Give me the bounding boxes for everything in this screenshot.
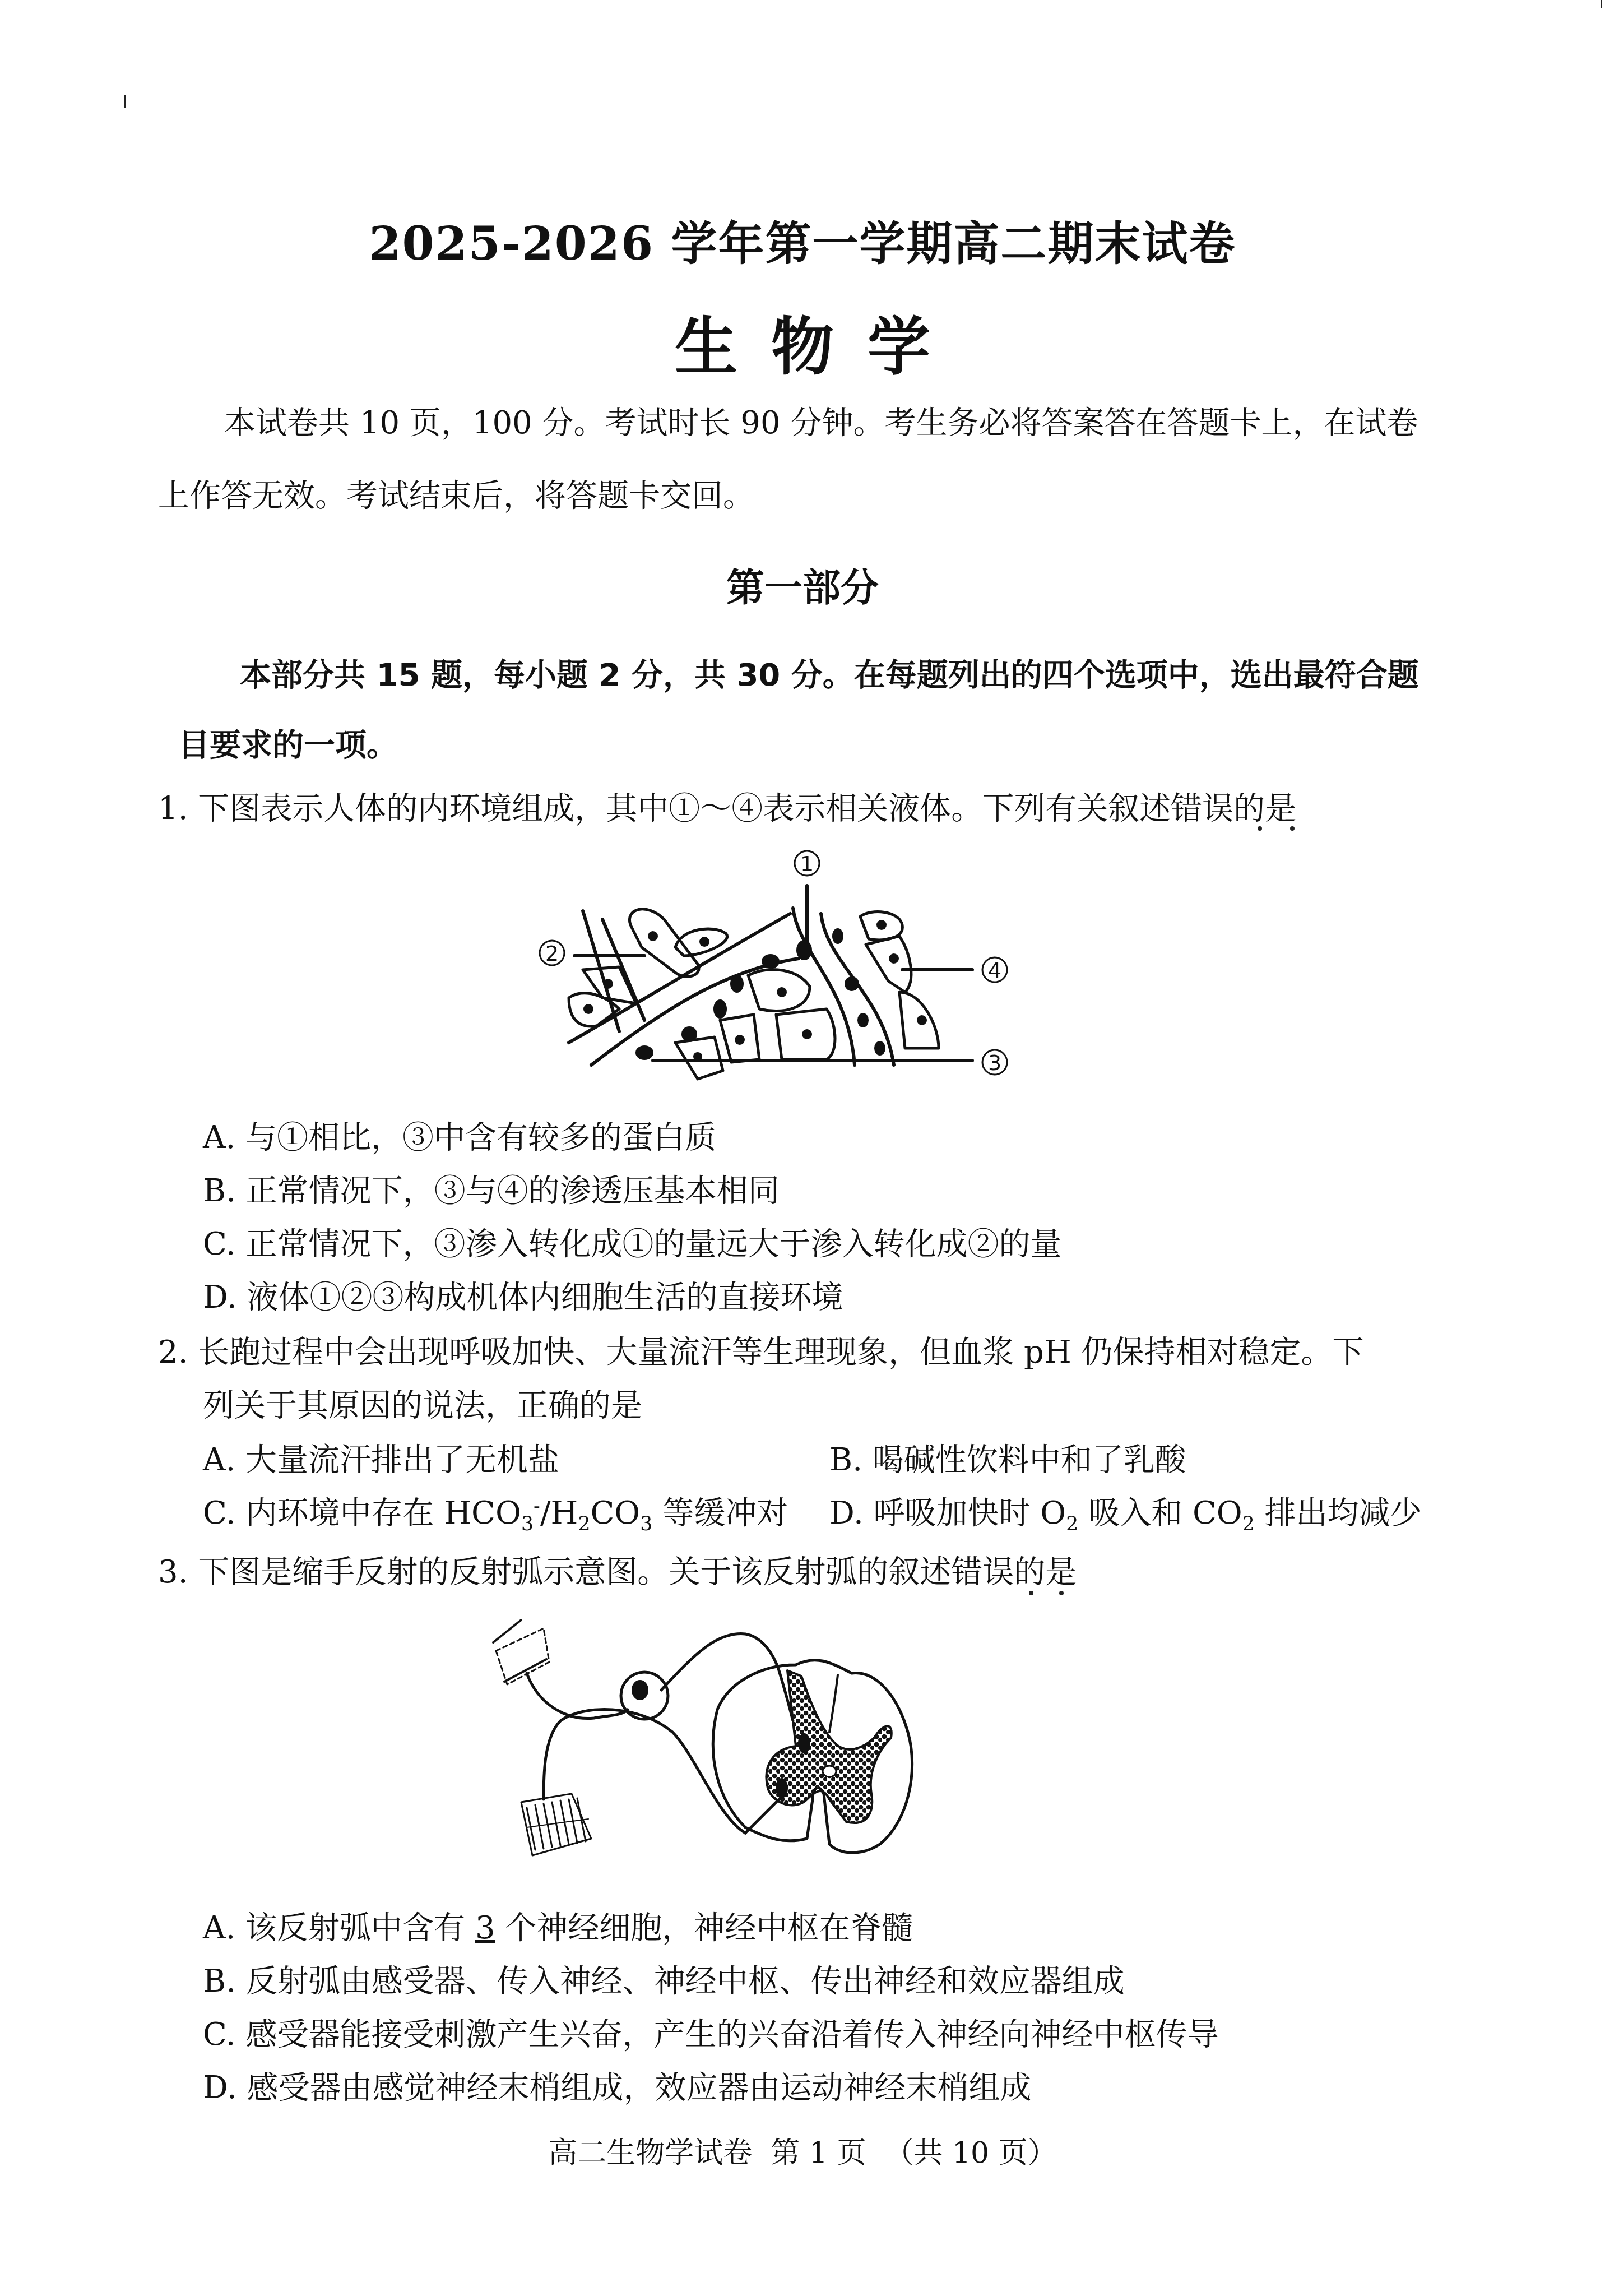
svg-text:1: 1 [800, 851, 814, 876]
option-text: 该反射弧中含有 3 个神经细胞，神经中枢在脊髓 [245, 1910, 913, 1946]
internal-environment-figure: 1 2 4 3 [535, 841, 1040, 1087]
option-letter: D. [829, 1495, 864, 1531]
option-text: 内环境中存在 HCO3-/H2CO3 等缓冲对 [245, 1495, 788, 1531]
option-text: 与①相比，③中含有较多的蛋白质 [245, 1119, 716, 1156]
option-text: 感受器由感觉神经末梢组成，效应器由运动神经末梢组成 [247, 2070, 1032, 2106]
page-footer: 高二生物学试卷 第 1 页 （共 10 页） [0, 2129, 1605, 2171]
svg-text:2: 2 [545, 941, 559, 966]
option-text: 呼吸加快时 O2 吸入和 CO2 排出均减少 [874, 1495, 1422, 1531]
option-d: D. 呼吸加快时 O2 吸入和 CO2 排出均减少 [829, 1488, 1422, 1535]
option-text: 喝碱性饮料中和了乳酸 [873, 1442, 1186, 1478]
emphasis-dot [1059, 1591, 1064, 1595]
option-text: 正常情况下，③与④的渗透压基本相同 [246, 1173, 780, 1209]
emphasis-dot [1029, 1591, 1033, 1595]
question-text: 长跑过程中会出现呼吸加快、大量流汗等生理现象，但血浆 pH 仍保持相对稳定。下 [198, 1334, 1363, 1371]
scan-mark [124, 95, 126, 108]
intro-line-2: 上作答无效。考试结束后，将答题卡交回。 [158, 476, 754, 516]
option-text: 大量流汗排出了无机盐 [245, 1442, 559, 1478]
question-text: 下图表示人体的内环境组成，其中①～④表示相关液体。下列有关叙述错误的是 [198, 790, 1296, 827]
option-letter: B. [203, 1963, 236, 1999]
underlined-number: 3 [475, 1910, 495, 1946]
option-b: B. 喝碱性饮料中和了乳酸 [829, 1435, 1186, 1480]
option-d: D. 感受器由感觉神经末梢组成，效应器由运动神经末梢组成 [203, 2063, 1032, 2108]
option-letter: D. [203, 2070, 237, 2106]
option-text: 正常情况下，③渗入转化成①的量远大于渗入转化成②的量 [245, 1226, 1061, 1262]
option-a: A. 大量流汗排出了无机盐 [203, 1435, 559, 1480]
option-text: 感受器能接受刺激产生兴奋，产生的兴奋沿着传入神经向神经中枢传导 [245, 2016, 1218, 2053]
section-desc-line-1: 本部分共 15 题，每小题 2 分，共 30 分。在每题列出的四个选项中，选出最… [240, 650, 1419, 695]
option-letter: C. [203, 1226, 236, 1262]
option-a: A. 与①相比，③中含有较多的蛋白质 [203, 1113, 716, 1158]
option-b: B. 正常情况下，③与④的渗透压基本相同 [203, 1166, 780, 1211]
reflex-arc-figure [482, 1609, 941, 1867]
emphasis-dot [1258, 826, 1262, 831]
option-text: 液体①②③构成机体内细胞生活的直接环境 [247, 1279, 843, 1316]
option-b: B. 反射弧由感受器、传入神经、神经中枢、传出神经和效应器组成 [203, 1956, 1125, 2001]
option-letter: A. [203, 1119, 235, 1156]
intro-line-1: 本试卷共 10 页，100 分。考试时长 90 分钟。考生务必将答案答在答题卡上… [224, 404, 1418, 443]
section-desc-line-2: 目要求的一项。 [178, 720, 398, 765]
option-a: A. 该反射弧中含有 3 个神经细胞，神经中枢在脊髓 [203, 1903, 913, 1948]
section-title: 第一部分 [0, 558, 1605, 612]
question-number: 3. [158, 1554, 188, 1590]
option-letter: A. [203, 1442, 235, 1478]
question-stem: 3. 下图是缩手反射的反射弧示意图。关于该反射弧的叙述错误的是 [158, 1547, 1077, 1592]
option-letter: C. [203, 2016, 236, 2053]
option-letter: B. [203, 1173, 236, 1209]
scan-mark [1601, 0, 1602, 8]
question-number: 1. [158, 790, 188, 827]
option-text: 反射弧由感受器、传入神经、神经中枢、传出神经和效应器组成 [246, 1963, 1125, 1999]
question-number: 2. [158, 1334, 188, 1371]
option-letter: A. [203, 1910, 235, 1946]
option-letter: D. [203, 1279, 237, 1316]
question-stem-line-2: 列关于其原因的说法，正确的是 [203, 1381, 642, 1425]
emphasis-dot [1290, 826, 1295, 831]
question-text: 下图是缩手反射的反射弧示意图。关于该反射弧的叙述错误的是 [198, 1554, 1077, 1590]
question-stem-line-1: 2. 长跑过程中会出现呼吸加快、大量流汗等生理现象，但血浆 pH 仍保持相对稳定… [158, 1327, 1364, 1372]
option-c: C. 感受器能接受刺激产生兴奋，产生的兴奋沿着传入神经向神经中枢传导 [203, 2010, 1218, 2054]
option-letter: B. [829, 1442, 862, 1478]
question-stem: 1. 下图表示人体的内环境组成，其中①～④表示相关液体。下列有关叙述错误的是 [158, 784, 1296, 828]
option-d: D. 液体①②③构成机体内细胞生活的直接环境 [203, 1272, 843, 1317]
svg-text:4: 4 [988, 958, 1001, 983]
subject-title: 生物学 [0, 297, 1605, 387]
option-letter: C. [203, 1495, 236, 1531]
exam-title: 2025-2026 学年第一学期高二期末试卷 [0, 207, 1605, 273]
option-c: C. 内环境中存在 HCO3-/H2CO3 等缓冲对 [203, 1488, 788, 1535]
svg-text:3: 3 [988, 1050, 1001, 1075]
option-c: C. 正常情况下，③渗入转化成①的量远大于渗入转化成②的量 [203, 1219, 1061, 1264]
